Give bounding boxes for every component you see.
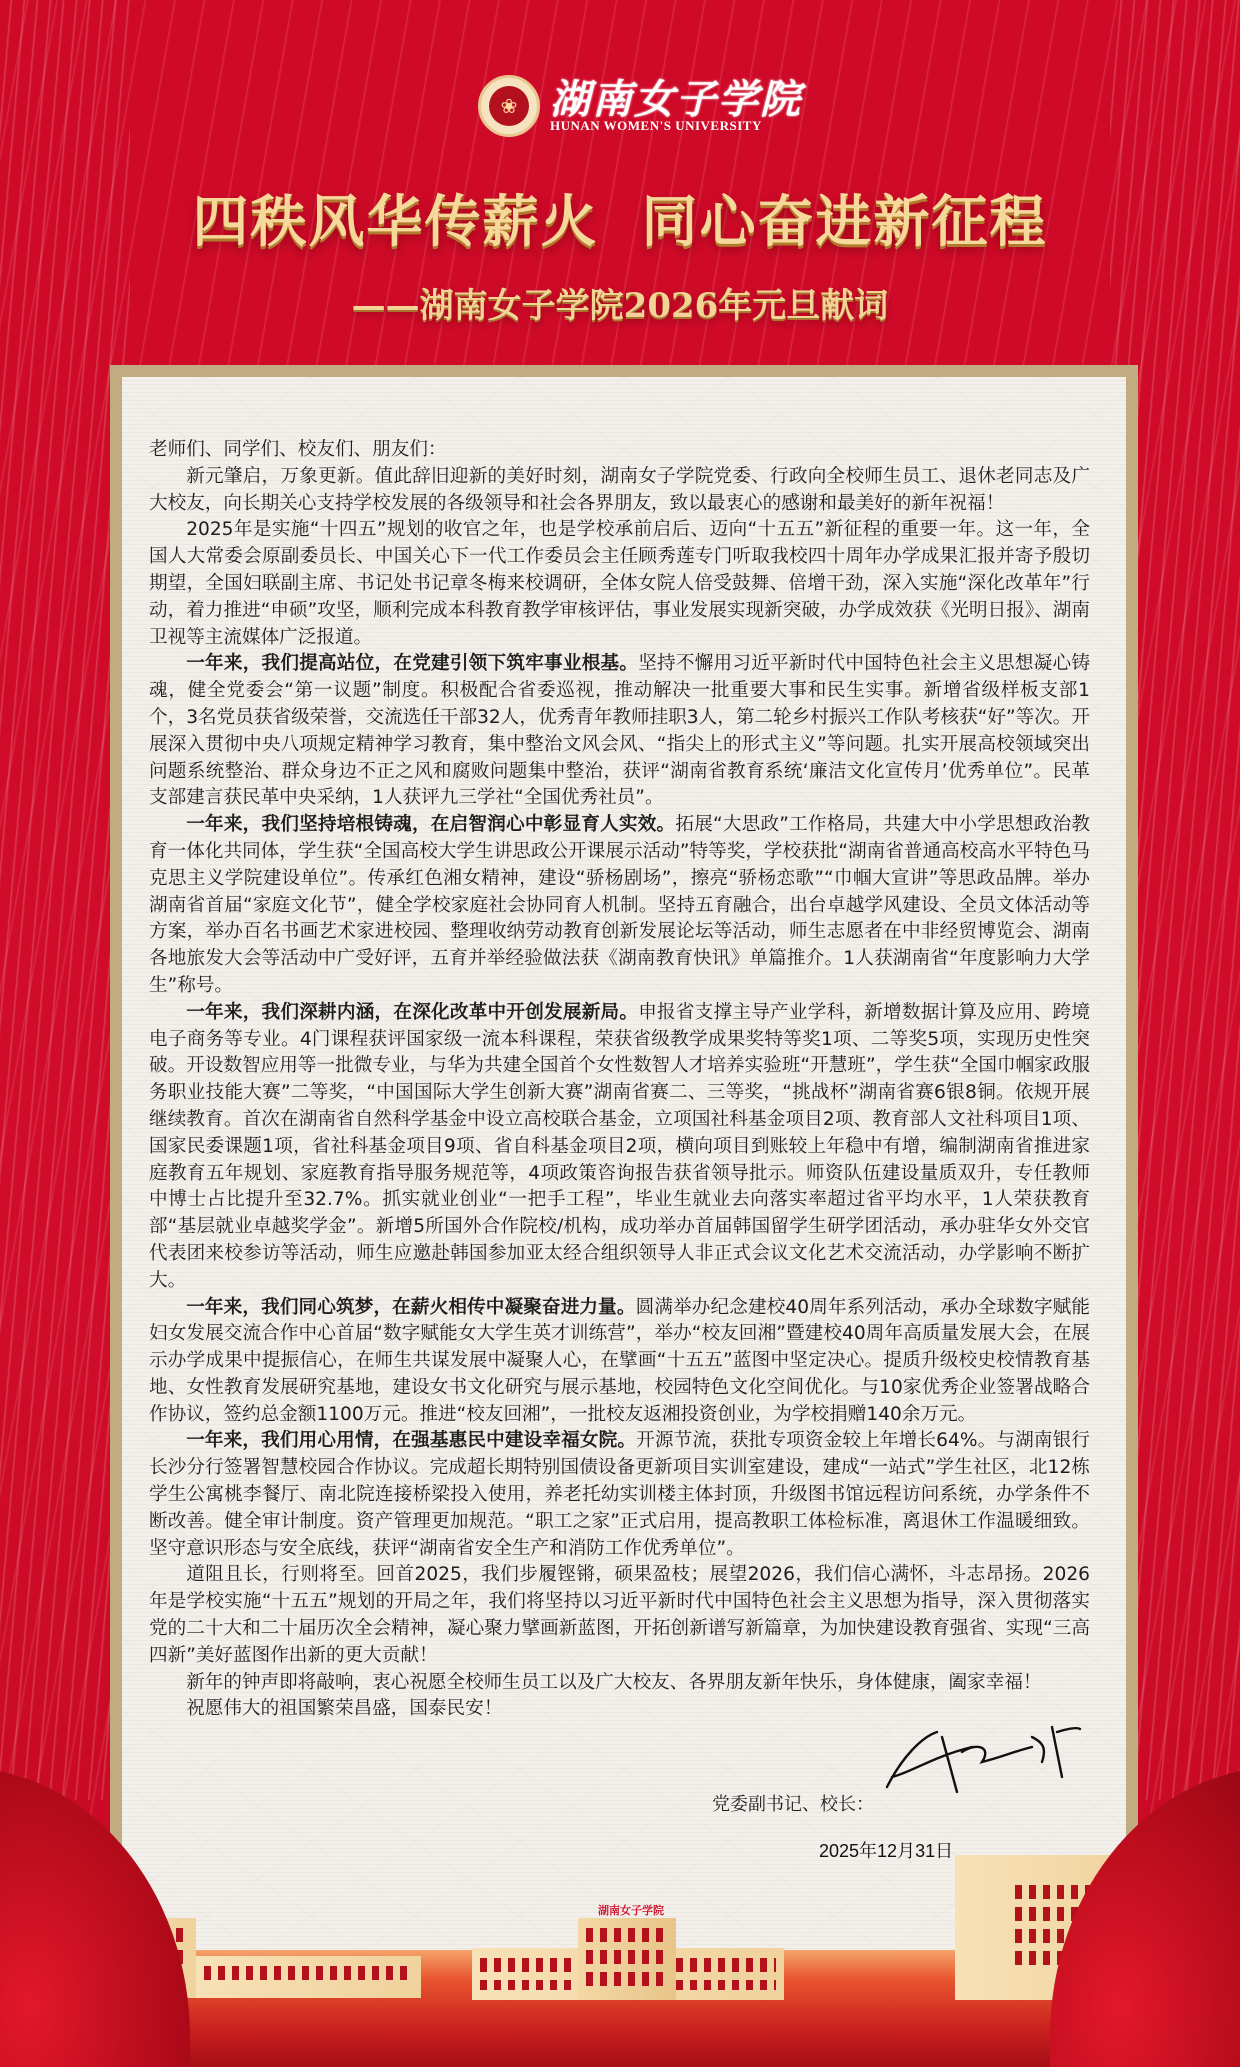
building-sign: 湖南女子学院 <box>598 1902 664 1918</box>
building-left-low <box>196 1956 421 1998</box>
page-subtitle: ——湖南女子学院2026年元旦献词 <box>0 278 1240 327</box>
university-seal-icon: ❀ <box>478 75 540 137</box>
letter-paragraph: 新元肇启，万象更新。值此辞旧迎新的美好时刻，湖南女子学院党委、行政向全校师生员工… <box>149 464 1090 518</box>
paragraph-text: 2025年是实施“十四五”规划的收官之年，也是学校承前启后、迈向“十五五”新征程… <box>149 519 1090 647</box>
letter-paper: 老师们、同学们、校友们、朋友们： 新元肇启，万象更新。值此辞旧迎新的美好时刻，湖… <box>122 377 1126 2005</box>
page-title: 四秩风华传薪火 同心奋进新征程 <box>0 178 1240 258</box>
letter-paragraph: 一年来，我们提高站位，在党建引领下筑牢事业根基。坚持不懈用习近平新时代中国特色社… <box>149 651 1090 812</box>
letter-paragraph: 一年来，我们同心筑梦，在薪火相传中凝聚奋进力量。圆满举办纪念建校40周年系列活动… <box>149 1295 1090 1429</box>
letter-paragraph: 道阻且长，行则将至。回首2025，我们步履铿锵，硕果盈枝；展望2026，我们信心… <box>149 1562 1090 1669</box>
signer-title: 党委副书记、校长： <box>712 1790 874 1816</box>
paragraph-text: 新年的钟声即将敲响，衷心祝愿全校师生员工以及广大校友、各界朋友新年快乐，身体健康… <box>186 1672 1041 1693</box>
seal-emblem: ❀ <box>489 86 529 126</box>
logo-wordmark: 湖南女子学院 HUNAN WOMEN'S UNIVERSITY <box>550 78 802 134</box>
building-windows <box>586 1928 668 1990</box>
letter-paragraph: 一年来，我们用心用情，在强基惠民中建设幸福女院。开源节流，获批专项资金较上年增长… <box>149 1428 1090 1562</box>
building-main-center <box>578 1918 676 2000</box>
letter-paragraph: 2025年是实施“十四五”规划的收官之年，也是学校承前启后、迈向“十五五”新征程… <box>149 517 1090 651</box>
paragraph-text: 新元肇启，万象更新。值此辞旧迎新的美好时刻，湖南女子学院党委、行政向全校师生员工… <box>149 466 1090 514</box>
letter-paragraph: 新年的钟声即将敲响，衷心祝愿全校师生员工以及广大校友、各界朋友新年快乐，身体健康… <box>149 1670 1090 1697</box>
letter-body: 老师们、同学们、校友们、朋友们： 新元肇启，万象更新。值此辞旧迎新的美好时刻，湖… <box>149 437 1090 1723</box>
paragraph-text: 坚持不懈用习近平新时代中国特色社会主义思想凝心铸魂，健全党委会“第一议题”制度。… <box>149 653 1090 808</box>
letter-date: 2025年12月31日 <box>819 1837 953 1863</box>
letter-paragraph: 一年来，我们坚持培根铸魂，在启智润心中彰显育人实效。拓展“大思政”工作格局，共建… <box>149 812 1090 1000</box>
paragraph-lead: 一年来，我们提高站位，在党建引领下筑牢事业根基。 <box>186 653 638 674</box>
logo-name-cn: 湖南女子学院 <box>550 78 802 122</box>
paragraph-text: 拓展“大思政”工作格局，共建大中小学思想政治教育一体化共同体，学生获“全国高校大… <box>149 814 1090 996</box>
paragraph-text: 道阻且长，行则将至。回首2025，我们步履铿锵，硕果盈枝；展望2026，我们信心… <box>149 1564 1090 1665</box>
letter-greeting: 老师们、同学们、校友们、朋友们： <box>149 437 1090 464</box>
letter-frame: 老师们、同学们、校友们、朋友们： 新元肇启，万象更新。值此辞旧迎新的美好时刻，湖… <box>110 365 1138 2005</box>
paragraph-lead: 一年来，我们同心筑梦，在薪火相传中凝聚奋进力量。 <box>186 1297 635 1318</box>
building-windows <box>204 1966 413 1988</box>
paragraph-lead: 一年来，我们深耕内涵，在深化改革中开创发展新局。 <box>186 1002 638 1023</box>
paragraph-lead: 一年来，我们用心用情，在强基惠民中建设幸福女院。 <box>186 1430 636 1451</box>
paragraph-lead: 一年来，我们坚持培根铸魂，在启智润心中彰显育人实效。 <box>186 814 675 835</box>
letter-paragraph: 一年来，我们深耕内涵，在深化改革中开创发展新局。申报省支撑主导产业学科，新增数据… <box>149 1000 1090 1295</box>
paragraph-text: 祝愿伟大的祖国繁荣昌盛，国泰民安！ <box>186 1698 502 1719</box>
paragraph-text: 申报省支撑主导产业学科，新增数据计算及应用、跨境电子商务等专业。4门课程获评国家… <box>149 1002 1090 1291</box>
handwritten-signature-icon <box>882 1717 1082 1797</box>
university-logo: ❀ 湖南女子学院 HUNAN WOMEN'S UNIVERSITY <box>478 75 802 137</box>
logo-name-en: HUNAN WOMEN'S UNIVERSITY <box>550 118 802 134</box>
